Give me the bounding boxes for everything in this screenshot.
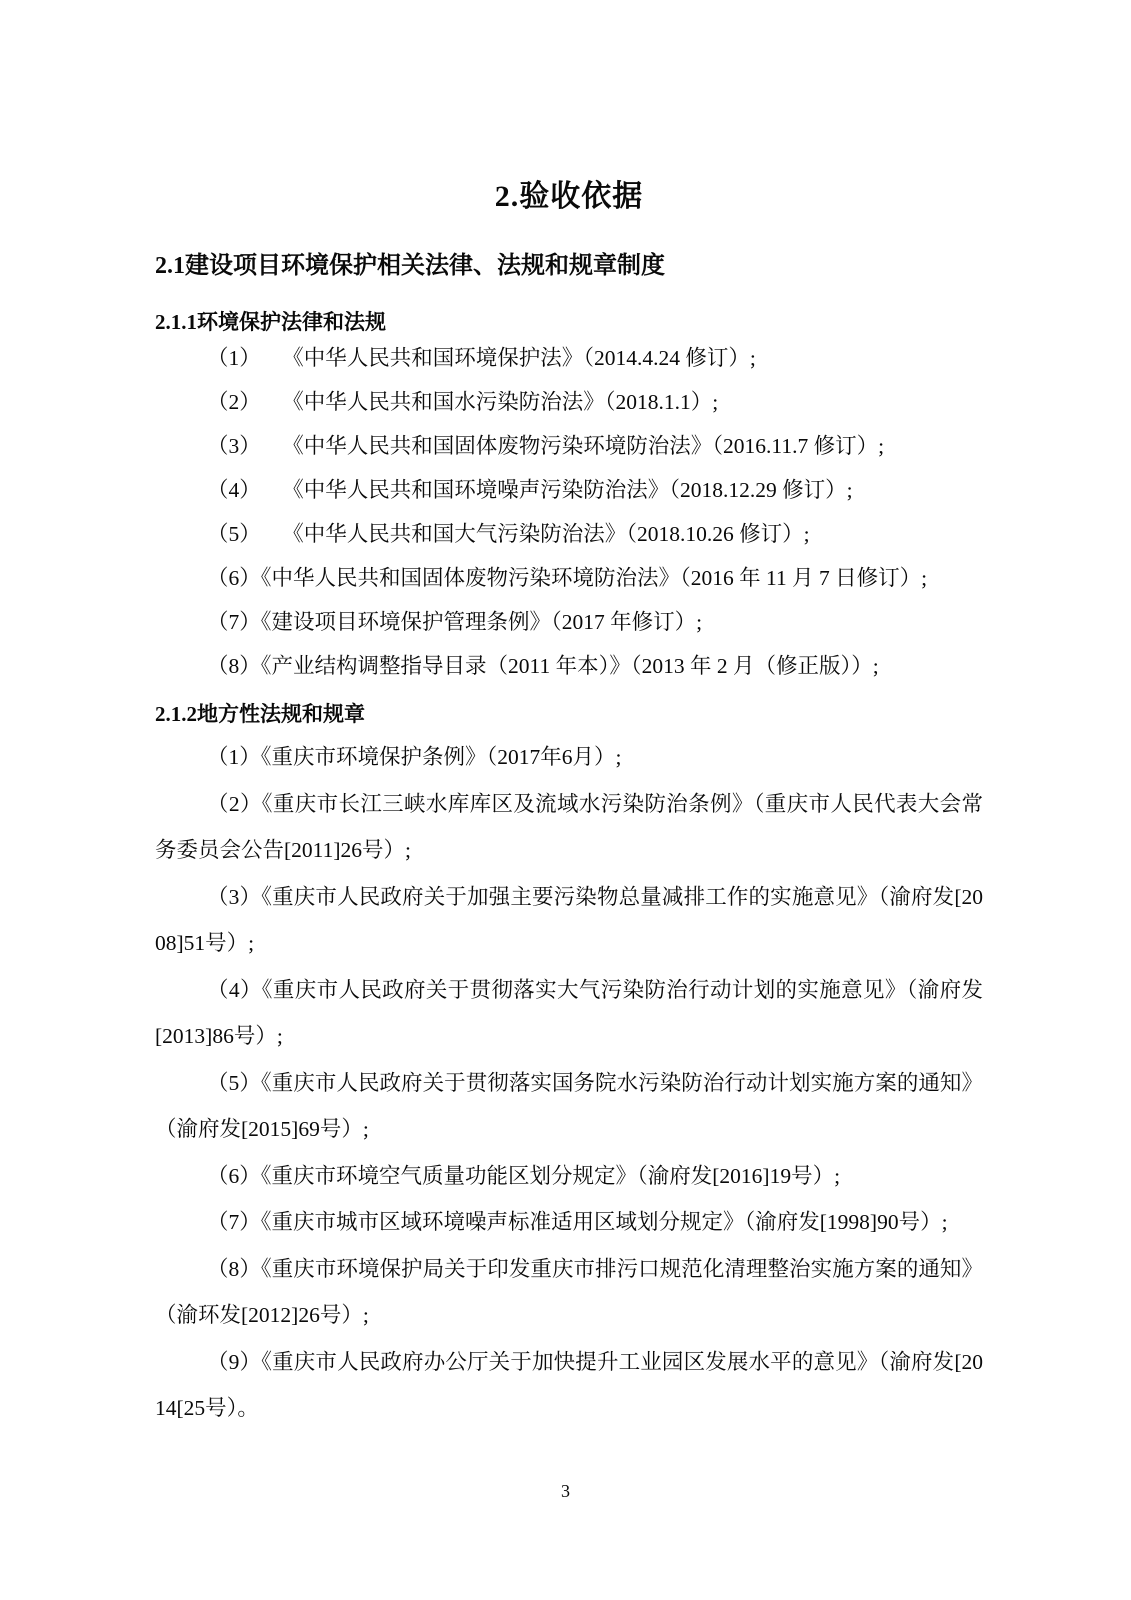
subsection-2-1-2-heading: 2.1.2地方性法规和规章 — [155, 700, 983, 728]
section-2-1-heading: 2.1建设项目环境保护相关法律、法规和规章制度 — [155, 250, 983, 282]
law-item: （1） 《中华人民共和国环境保护法》（2014.4.24 修订）; — [155, 336, 983, 380]
law-item: （4） 《中华人民共和国环境噪声污染防治法》（2018.12.29 修订）; — [155, 468, 983, 512]
regulation-item: （6）《重庆市环境空气质量功能区划分规定》（渝府发[2016]19号）; — [155, 1153, 983, 1200]
page-number: 3 — [0, 1480, 1131, 1502]
regulation-item: （7）《重庆市城市区域环境噪声标准适用区域划分规定》（渝府发[1998]90号）… — [155, 1199, 983, 1246]
law-item: （7）《建设项目环境保护管理条例》（2017 年修订）; — [155, 600, 983, 644]
regulation-item: （2）《重庆市长江三峡水库库区及流域水污染防治条例》（重庆市人民代表大会常务委员… — [155, 781, 983, 874]
regulation-item: （4）《重庆市人民政府关于贯彻落实大气污染防治行动计划的实施意见》（渝府发[20… — [155, 967, 983, 1060]
page-content: 2.验收依据 2.1建设项目环境保护相关法律、法规和规章制度 2.1.1环境保护… — [155, 0, 983, 1432]
law-item: （8）《产业结构调整指导目录（2011 年本）》（2013 年 2 月（修正版）… — [155, 644, 983, 688]
regulation-item: （3）《重庆市人民政府关于加强主要污染物总量减排工作的实施意见》（渝府发[200… — [155, 874, 983, 967]
law-item: （5） 《中华人民共和国大气污染防治法》（2018.10.26 修订）; — [155, 512, 983, 556]
document-page: 2.验收依据 2.1建设项目环境保护相关法律、法规和规章制度 2.1.1环境保护… — [0, 0, 1131, 1600]
regulation-item: （5）《重庆市人民政府关于贯彻落实国务院水污染防治行动计划实施方案的通知》（渝府… — [155, 1060, 983, 1153]
regulation-item: （1）《重庆市环境保护条例》（2017年6月）; — [155, 734, 983, 781]
regulation-list-2-1-2: （1）《重庆市环境保护条例》（2017年6月）; （2）《重庆市长江三峡水库库区… — [155, 734, 983, 1432]
law-list-2-1-1: （1） 《中华人民共和国环境保护法》（2014.4.24 修订）; （2） 《中… — [155, 336, 983, 688]
page-title: 2.验收依据 — [155, 180, 983, 214]
law-item: （6）《中华人民共和国固体废物污染环境防治法》（2016 年 11 月 7 日修… — [155, 556, 983, 600]
regulation-item: （8）《重庆市环境保护局关于印发重庆市排污口规范化清理整治实施方案的通知》（渝环… — [155, 1246, 983, 1339]
law-item: （2） 《中华人民共和国水污染防治法》（2018.1.1）; — [155, 380, 983, 424]
law-item: （3） 《中华人民共和国固体废物污染环境防治法》（2016.11.7 修订）; — [155, 424, 983, 468]
subsection-2-1-1-heading: 2.1.1环境保护法律和法规 — [155, 308, 983, 336]
page-title-text: 2.验收依据 — [495, 180, 644, 213]
regulation-item: （9）《重庆市人民政府办公厅关于加快提升工业园区发展水平的意见》（渝府发[201… — [155, 1339, 983, 1432]
